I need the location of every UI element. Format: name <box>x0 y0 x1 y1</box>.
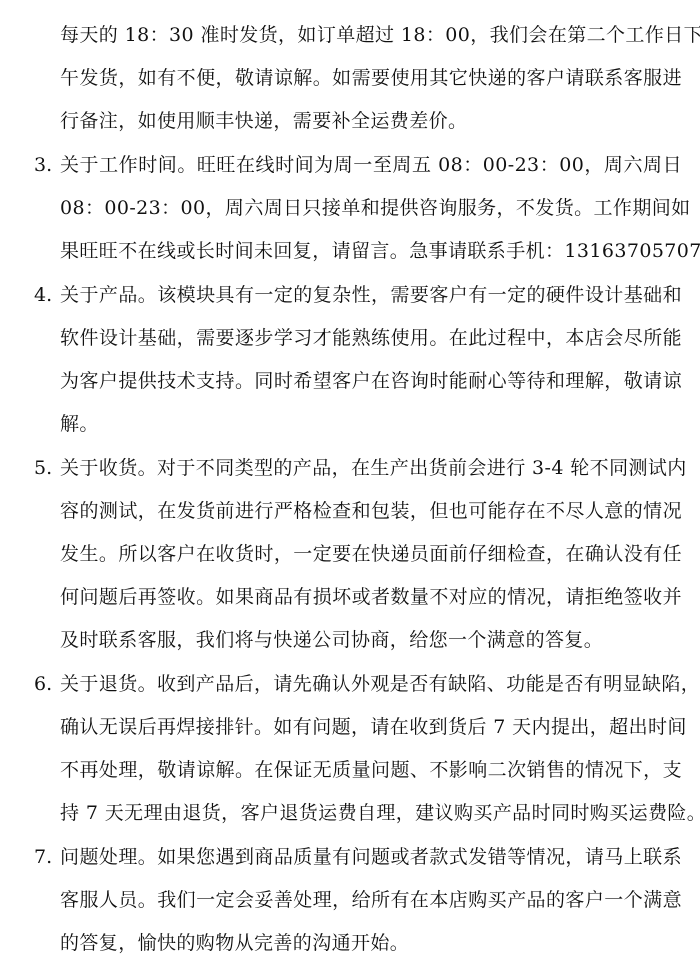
list-item-number: 6. <box>34 669 60 699</box>
list-item-line: 问题处理。如果您遇到商品质量有问题或者款式发错等情况，请马上联系 <box>60 842 682 872</box>
list-item-line: 为客户提供技术支持。同时希望客户在咨询时能耐心等待和理解，敬请谅 <box>60 366 682 396</box>
list-item-line: 客服人员。我们一定会妥善处理，给所有在本店购买产品的客户一个满意 <box>60 885 682 915</box>
list-item-number: 5. <box>34 453 60 483</box>
paragraph-line: 午发货，如有不便，敬请谅解。如需要使用其它快递的客户请联系客服进 <box>60 63 682 93</box>
paragraph-line: 每天的 18：30 准时发货，如订单超过 18：00，我们会在第二个工作日下 <box>60 20 682 50</box>
list-item-line: 容的测试，在发货前进行严格检查和包装，但也可能存在不尽人意的情况 <box>60 496 682 526</box>
list-item-line: 确认无误后再焊接排针。如有问题，请在收到货后 7 天内提出，超出时间 <box>60 712 682 742</box>
list-item-line: 关于工作时间。旺旺在线时间为周一至周五 08：00-23：00，周六周日 <box>60 150 682 180</box>
list-item-line: 解。 <box>60 409 682 439</box>
list-item-line: 果旺旺不在线或长时间未回复，请留言。急事请联系手机：13163705707。 <box>60 236 682 266</box>
list-item-line: 08：00-23：00，周六周日只接单和提供咨询服务，不发货。工作期间如 <box>60 193 682 223</box>
list-item-line: 关于收货。对于不同类型的产品，在生产出货前会进行 3-4 轮不同测试内 <box>60 453 682 483</box>
list-item-line: 关于退货。收到产品后，请先确认外观是否有缺陷、功能是否有明显缺陷， <box>60 669 682 699</box>
list-item-line: 软件设计基础，需要逐步学习才能熟练使用。在此过程中，本店会尽所能 <box>60 323 682 353</box>
list-item-number: 7. <box>34 842 60 872</box>
list-item-number: 4. <box>34 280 60 310</box>
list-item-line: 发生。所以客户在收货时，一定要在快递员面前仔细检查，在确认没有任 <box>60 539 682 569</box>
list-item-line: 的答复，愉快的购物从完善的沟通开始。 <box>60 928 682 958</box>
list-item-line: 何问题后再签收。如果商品有损坏或者数量不对应的情况，请拒绝签收并 <box>60 582 682 612</box>
list-item-line: 不再处理，敬请谅解。在保证无质量问题、不影响二次销售的情况下，支 <box>60 755 682 785</box>
paragraph-line: 行备注，如使用顺丰快递，需要补全运费差价。 <box>60 106 682 136</box>
list-item-line: 关于产品。该模块具有一定的复杂性，需要客户有一定的硬件设计基础和 <box>60 280 682 310</box>
list-item-number: 3. <box>34 150 60 180</box>
list-item-line: 持 7 天无理由退货，客户退货运费自理，建议购买产品时同时购买运费险。 <box>60 798 682 828</box>
list-item-line: 及时联系客服，我们将与快递公司协商，给您一个满意的答复。 <box>60 625 682 655</box>
